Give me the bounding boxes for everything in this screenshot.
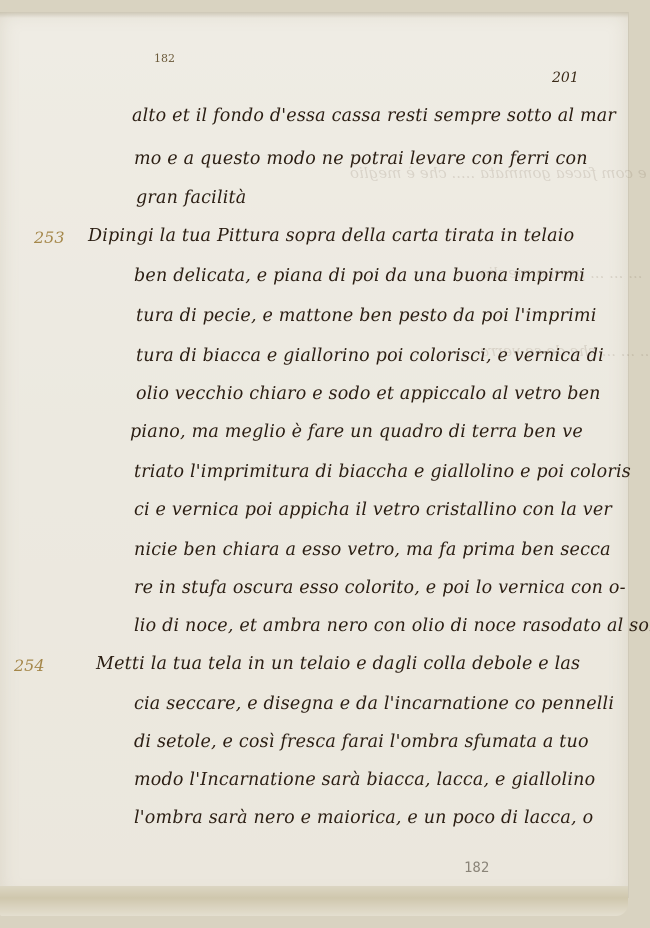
manuscript-line: Metti la tua tela in un telaio e dagli c…	[96, 654, 580, 674]
manuscript-line: gran facilità	[136, 188, 246, 208]
manuscript-line: di setole, e così fresca farai l'ombra s…	[134, 732, 589, 752]
manuscript-line: ci e vernica poi appicha il vetro crista…	[134, 500, 612, 520]
manuscript-page: e com facea gommata ..... che è meglio .…	[0, 12, 629, 898]
manuscript-line: nicie ben chiara a esso vetro, ma fa pri…	[134, 540, 611, 560]
manuscript-line: cia seccare, e disegna e da l'incarnatio…	[134, 694, 614, 714]
manuscript-line: Dipingi la tua Pittura sopra della carta…	[88, 226, 574, 246]
manuscript-line: triato l'imprimitura di biaccha e giallo…	[134, 462, 631, 482]
manuscript-line: mo e a questo modo ne potrai levare con …	[134, 149, 588, 169]
archive-stamp-number: 182	[464, 860, 489, 876]
manuscript-line: ben delicata, e piana di poi da una buon…	[134, 266, 585, 286]
manuscript-line: olio vecchio chiaro e sodo et appiccalo …	[136, 384, 601, 404]
manuscript-line: modo l'Incarnatione sarà biacca, lacca, …	[134, 770, 595, 790]
manuscript-line: piano, ma meglio è fare un quadro di ter…	[130, 422, 583, 442]
manuscript-line: tura di biacca e giallorino poi colorisc…	[136, 346, 604, 366]
manuscript-line: l'ombra sarà nero e maiorica, e un poco …	[134, 808, 593, 828]
manuscript-line: alto et il fondo d'essa cassa resti semp…	[132, 106, 616, 126]
manuscript-line: tura di pecie, e mattone ben pesto da po…	[136, 306, 597, 326]
folio-number-old: 182	[154, 52, 175, 65]
manuscript-line: re in stufa oscura esso colorito, e poi …	[134, 578, 626, 598]
manuscript-line: lio di noce, et ambra nero con olio di n…	[134, 616, 650, 636]
entry-number-253: 253	[34, 228, 65, 247]
page-edge	[0, 886, 628, 916]
folio-number: 201	[552, 70, 579, 86]
entry-number-254: 254	[14, 656, 45, 675]
